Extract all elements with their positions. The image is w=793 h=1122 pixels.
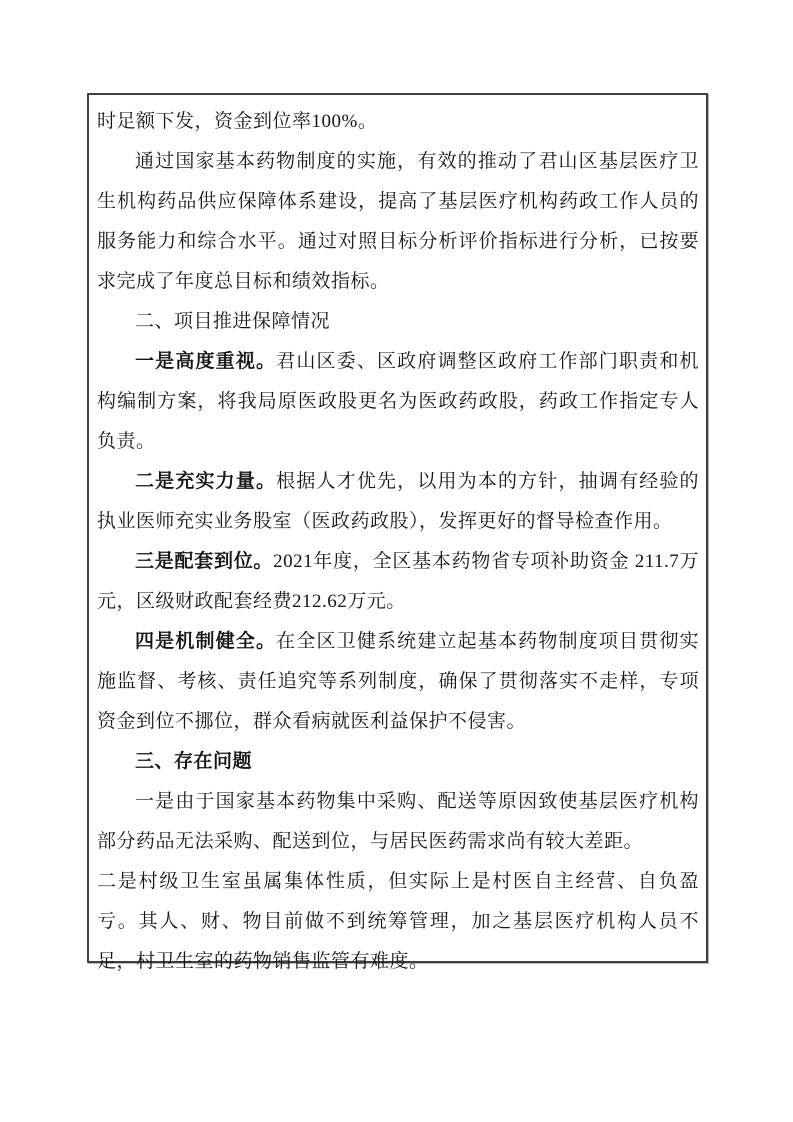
- document-page: 时足额下发，资金到位率100%。 通过国家基本药物制度的实施，有效的推动了君山区…: [0, 0, 793, 1122]
- section-heading-2: 二、项目推进保障情况: [97, 302, 699, 342]
- heading-text: 三、存在问题: [135, 751, 252, 772]
- paragraph-problem-2: 二是村级卫生室虽属集体性质，但实际上是村医自主经营、自负盈亏。其人、财、物目前做…: [97, 862, 699, 982]
- paragraph-text: 一是由于国家基本药物集中采购、配送等原因致使基层医疗机构部分药品无法采购、配送到…: [97, 791, 699, 852]
- paragraph-continuation: 时足额下发，资金到位率100%。: [97, 102, 699, 142]
- bold-lead: 四是机制健全。: [135, 631, 276, 652]
- paragraph-point-1: 一是高度重视。君山区委、区政府调整区政府工作部门职责和机构编制方案，将我局原医政…: [97, 342, 699, 462]
- bold-lead: 一是高度重视。: [135, 351, 276, 372]
- paragraph-text: 时足额下发，资金到位率100%。: [97, 111, 377, 132]
- section-heading-3: 三、存在问题: [97, 742, 699, 782]
- bold-lead: 三是配套到位。: [135, 551, 273, 572]
- bold-lead: 二是充实力量。: [135, 471, 276, 492]
- table-cell-border: 时足额下发，资金到位率100%。 通过国家基本药物制度的实施，有效的推动了君山区…: [87, 93, 708, 963]
- paragraph-text: 二是村级卫生室虽属集体性质，但实际上是村医自主经营、自负盈亏。其人、财、物目前做…: [97, 871, 699, 972]
- paragraph-problem-1: 一是由于国家基本药物集中采购、配送等原因致使基层医疗机构部分药品无法采购、配送到…: [97, 782, 699, 862]
- paragraph-point-3: 三是配套到位。2021年度，全区基本药物省专项补助资金 211.7万元，区级财政…: [97, 542, 699, 622]
- heading-text: 二、项目推进保障情况: [135, 311, 330, 332]
- paragraph-summary: 通过国家基本药物制度的实施，有效的推动了君山区基层医疗卫生机构药品供应保障体系建…: [97, 142, 699, 302]
- paragraph-text: 通过国家基本药物制度的实施，有效的推动了君山区基层医疗卫生机构药品供应保障体系建…: [97, 151, 699, 292]
- paragraph-point-2: 二是充实力量。根据人才优先，以用为本的方针，抽调有经验的执业医师充实业务股室（医…: [97, 462, 699, 542]
- paragraph-point-4: 四是机制健全。在全区卫健系统建立起基本药物制度项目贯彻实施监督、考核、责任追究等…: [97, 622, 699, 742]
